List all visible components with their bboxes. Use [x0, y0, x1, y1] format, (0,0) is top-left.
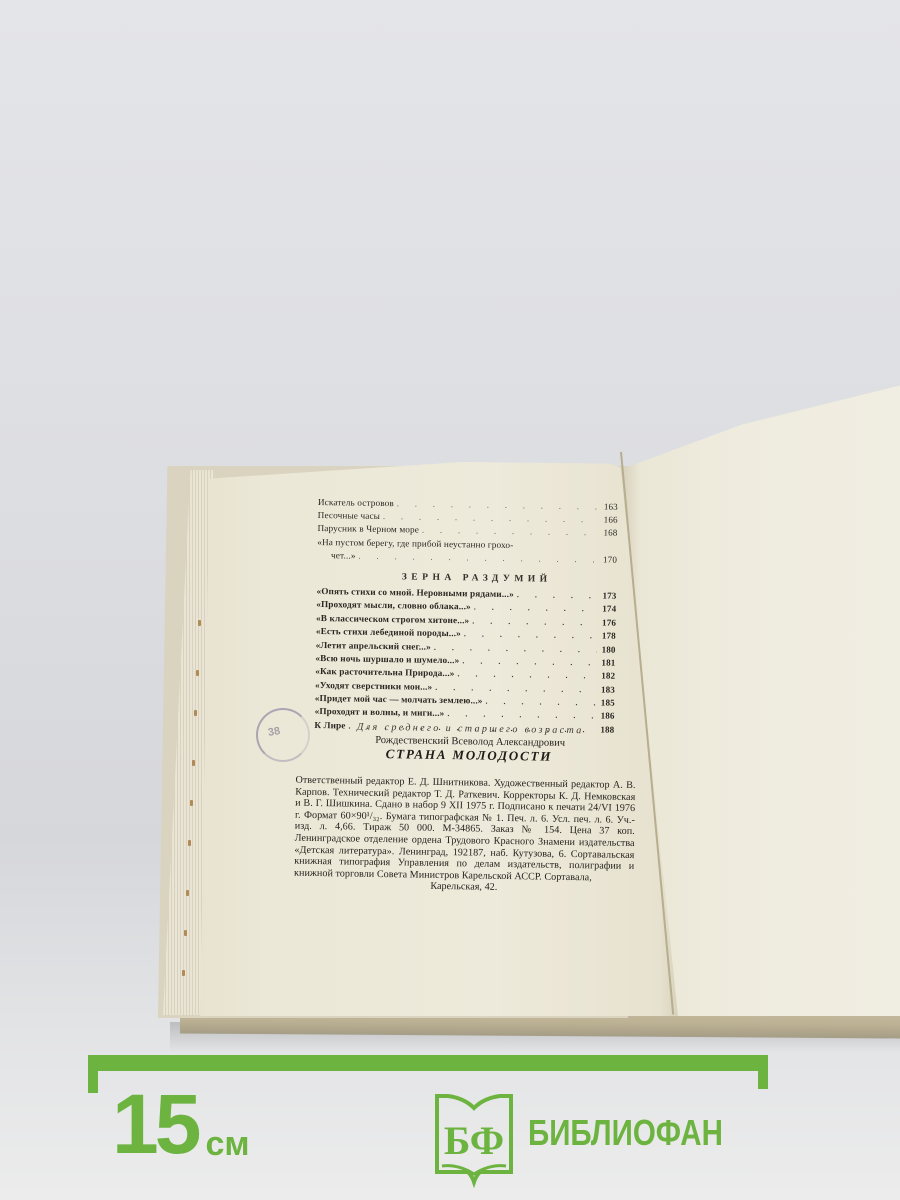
bibliofan-logo-icon: БФ [434, 1092, 514, 1188]
brand-name: БИБЛИОФАН [528, 1112, 723, 1154]
toc-section-entries: «Опять стихи со мной. Неровными рядами..… [314, 585, 616, 737]
ruler-bar [88, 1055, 768, 1071]
size-unit: см [205, 1124, 249, 1164]
publication-credits: Ответственный редактор Е. Д. Шнитникова.… [294, 775, 636, 896]
toc-entry-page: 182 [599, 670, 615, 684]
toc-entry-title: Песочные часы [318, 509, 381, 523]
logo-letters: БФ [444, 1118, 504, 1163]
credits-text: Ответственный редактор Е. Д. Шнитникова.… [294, 775, 636, 883]
photo-scene: 38 Искатель островов 163 Песочные часы 1… [0, 0, 900, 1200]
toc-entry-title: чет...» [331, 549, 356, 563]
toc-entry-page: 181 [599, 656, 615, 670]
imprint-block: Для среднего и старшего возраста Рождест… [294, 721, 637, 896]
toc-entry-page: 168 [601, 527, 617, 540]
toc-entry-page: 186 [598, 710, 614, 724]
toc-entry-page: 166 [602, 514, 618, 527]
size-number: 15 [112, 1082, 197, 1166]
toc-entry-page: 180 [600, 643, 616, 657]
toc-entry-page: 173 [600, 589, 616, 603]
page-content: Искатель островов 163 Песочные часы 166 … [314, 496, 618, 737]
toc-entry-page: 183 [599, 683, 615, 697]
size-label: 15 см [112, 1082, 250, 1166]
toc-entry-title: Парусник в Черном море [317, 522, 419, 537]
leader-dots [517, 588, 598, 603]
leader-dots [359, 549, 599, 566]
toc-entry-page: 178 [600, 630, 616, 644]
toc-entry-page: 174 [600, 603, 616, 617]
toc-entry-title: Искатель островов [318, 496, 394, 510]
section-heading: ЗЕРНА РАЗДУМИЙ [337, 571, 617, 585]
toc-entry-page: 176 [600, 616, 616, 630]
toc-entry-page: 170 [601, 553, 617, 566]
ruler-tick-left [88, 1055, 98, 1093]
stamp-text: 38 [267, 725, 281, 739]
toc-top: Искатель островов 163 Песочные часы 166 … [317, 496, 618, 567]
ruler-tick-right [758, 1055, 768, 1089]
toc-entry-page: 163 [602, 500, 618, 513]
toc-entry-page: 185 [599, 697, 615, 711]
